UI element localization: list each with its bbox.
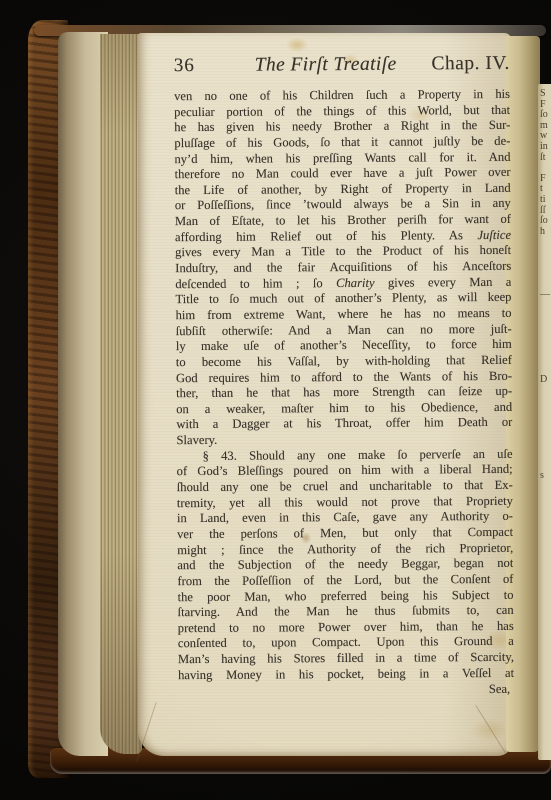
facing-page-sliver: SFſomwinſtFttiſſſoh—Ds <box>538 84 551 760</box>
facing-page-text-fragment: ſt <box>540 152 551 163</box>
page-header: 36 The Firſt Treatiſe Chap. IV. <box>174 53 510 85</box>
facing-page-text-fragment: w <box>540 130 551 141</box>
facing-page-text-fragment: in <box>540 141 551 152</box>
running-title: The Firſt Treatiſe <box>220 53 432 76</box>
facing-page-text-fragment: — <box>540 289 551 300</box>
chapter-heading: Chap. IV. <box>431 53 510 76</box>
page-crease <box>475 705 506 753</box>
facing-page-text-fragment: ſo <box>540 109 551 120</box>
facing-page-text-fragment: m <box>540 120 551 131</box>
facing-page-text-fragment: t <box>540 183 551 194</box>
page-number: 36 <box>174 55 220 77</box>
book-photo: SFſomwinſtFttiſſſoh—Ds 36 The Firſt Trea… <box>0 0 551 800</box>
page-edges-stack <box>100 34 142 754</box>
facing-page-text-fragment: F <box>540 99 551 110</box>
facing-page-text-fragment: h <box>540 226 551 237</box>
facing-page-text-fragment: ſſ <box>540 205 551 216</box>
facing-page-text-fragment: ti <box>540 194 551 205</box>
facing-page-text-fragment: D <box>540 374 551 385</box>
catchword-row: Sea, <box>178 681 514 699</box>
catchword: Sea, <box>489 682 510 696</box>
body-text: ven no one of his Children ſuch a Proper… <box>174 87 514 684</box>
text-line: having Money in his pocket, being in a V… <box>178 666 514 684</box>
text-line: with a Dagger at his Throat, offer him D… <box>176 415 512 433</box>
facing-page-text-fragment: ſo <box>540 215 551 226</box>
facing-page-text-fragment: F <box>540 173 551 184</box>
facing-page-text-fragment: S <box>540 88 551 99</box>
facing-page-text-fragment: s <box>540 470 551 481</box>
page-text-block: 36 The Firſt Treatiſe Chap. IV. ven no o… <box>174 53 514 700</box>
